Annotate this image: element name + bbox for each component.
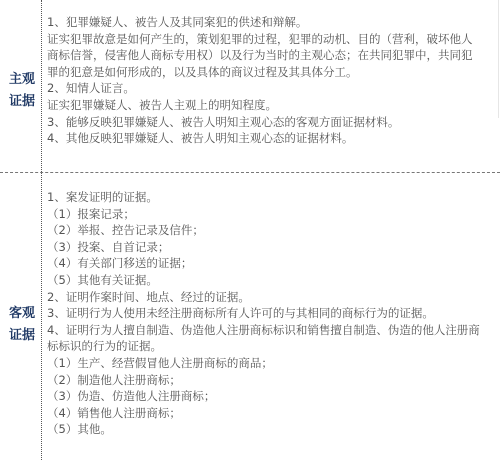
- text-line: （5）其他。: [47, 421, 492, 438]
- text-line: （1）报案记录；: [47, 206, 492, 223]
- text-line: 标标识的行为的证据。: [47, 338, 492, 355]
- text-line: （2）制造他人注册商标；: [47, 372, 492, 389]
- text-line: 2、证明作案时间、地点、经过的证据。: [47, 289, 492, 306]
- section-content-objective: 1、案发证明的证据。 （1）报案记录； （2）举报、控告记录及信件； （3）投案…: [47, 189, 492, 438]
- text-line: 4、其他反映犯罪嫌疑人、被告人明知主观心态的证据材料。: [47, 130, 492, 147]
- text-line: 1、犯罪嫌疑人、被告人及其同案犯的供述和辩解。: [47, 14, 492, 31]
- text-line: 证实犯罪故意是如何产生的，策划犯罪的过程，犯罪的动机、目的（营利，破坏他人: [47, 31, 492, 48]
- text-line: 3、证明行为人使用未经注册商标所有人许可的与其相同的商标行为的证据。: [47, 305, 492, 322]
- section-label-objective: 客观 证据: [4, 303, 40, 347]
- evidence-table: 主观 证据 1、犯罪嫌疑人、被告人及其同案犯的供述和辩解。 证实犯罪故意是如何产…: [0, 0, 500, 460]
- label-line: 证据: [4, 325, 40, 347]
- text-line: 罪的犯意是如何形成的，以及具体的商议过程及其具体分工。: [47, 64, 492, 81]
- text-line: 1、案发证明的证据。: [47, 189, 492, 206]
- right-border: [498, 0, 499, 118]
- text-line: 证实犯罪嫌疑人、被告人主观上的明知程度。: [47, 97, 492, 114]
- text-line: 2、知情人证言。: [47, 80, 492, 97]
- text-line: （4）有关部门移送的证据；: [47, 255, 492, 272]
- text-line: 4、证明行为人擅自制造、伪造他人注册商标标识和销售擅自制造、伪造的他人注册商: [47, 322, 492, 339]
- label-line: 主观: [4, 69, 40, 91]
- text-line: （3）投案、自首记录；: [47, 239, 492, 256]
- label-line: 客观: [4, 303, 40, 325]
- text-line: 3、能够反映犯罪嫌疑人、被告人明知主观心态的客观方面证据材料。: [47, 114, 492, 131]
- text-line: （5）其他有关证据。: [47, 272, 492, 289]
- vertical-divider: [41, 0, 42, 460]
- text-line: 商标信誉，侵害他人商标专用权）以及行为当时的主观心态；在共同犯罪中，共同犯: [47, 47, 492, 64]
- section-content-subjective: 1、犯罪嫌疑人、被告人及其同案犯的供述和辩解。 证实犯罪故意是如何产生的，策划犯…: [47, 14, 492, 147]
- text-line: （2）举报、控告记录及信件；: [47, 222, 492, 239]
- text-line: （3）伪造、仿造他人注册商标；: [47, 388, 492, 405]
- horizontal-divider: [0, 172, 500, 173]
- text-line: （1）生产、经营假冒他人注册商标的商品；: [47, 355, 492, 372]
- section-label-subjective: 主观 证据: [4, 69, 40, 113]
- text-line: （4）销售他人注册商标；: [47, 405, 492, 422]
- label-line: 证据: [4, 91, 40, 113]
